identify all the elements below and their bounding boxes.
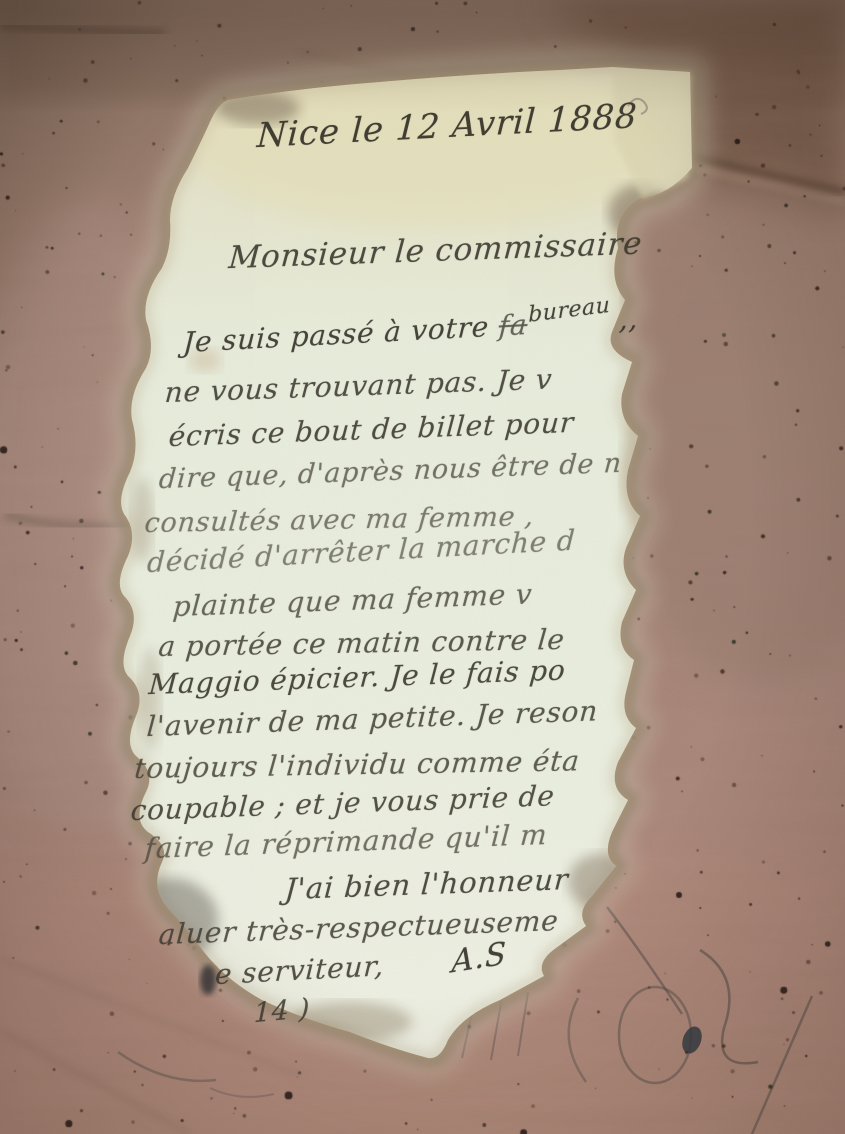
- body-line1-text: Je suis passé à votre: [182, 310, 490, 359]
- letter-body-line: plainte que ma femme v: [172, 577, 534, 623]
- letter-body-line: l'avenir de ma petite. Je reson: [146, 694, 600, 743]
- letter-body-line: écris ce bout de billet pour: [168, 406, 576, 453]
- letter-salutation: Monsieur le commissaire: [227, 226, 643, 277]
- body-line1-inserted-word: bureau: [528, 293, 610, 328]
- photo-letter-on-wood-table: Nice le 12 Avril 1888 Monsieur le commis…: [0, 0, 845, 1134]
- letter-text: Nice le 12 Avril 1888 Monsieur le commis…: [0, 0, 845, 1134]
- letter-body-line: toujours l'individu comme éta: [133, 744, 581, 785]
- letter-body-line: ne vous trouvant pas. Je v: [164, 362, 554, 409]
- letter-body-line: Je suis passé à votre fabureau ,,: [182, 302, 639, 359]
- letter-dateline: Nice le 12 Avril 1888: [256, 96, 639, 156]
- body-line1-end: ,,: [609, 302, 640, 337]
- letter-signature: A.S: [451, 935, 507, 980]
- letter-body-line: dire que, d'après nous être de n: [158, 448, 623, 495]
- letter-closing-line: e serviteur,: [214, 949, 385, 991]
- letter-page-mark: 14 ): [253, 993, 310, 1029]
- letter-body-line: faire la réprimande qu'il m: [144, 818, 549, 865]
- letter-closing-line: J'ai bien l'honneur: [284, 862, 570, 906]
- body-line1-struck-word: fa: [498, 308, 528, 343]
